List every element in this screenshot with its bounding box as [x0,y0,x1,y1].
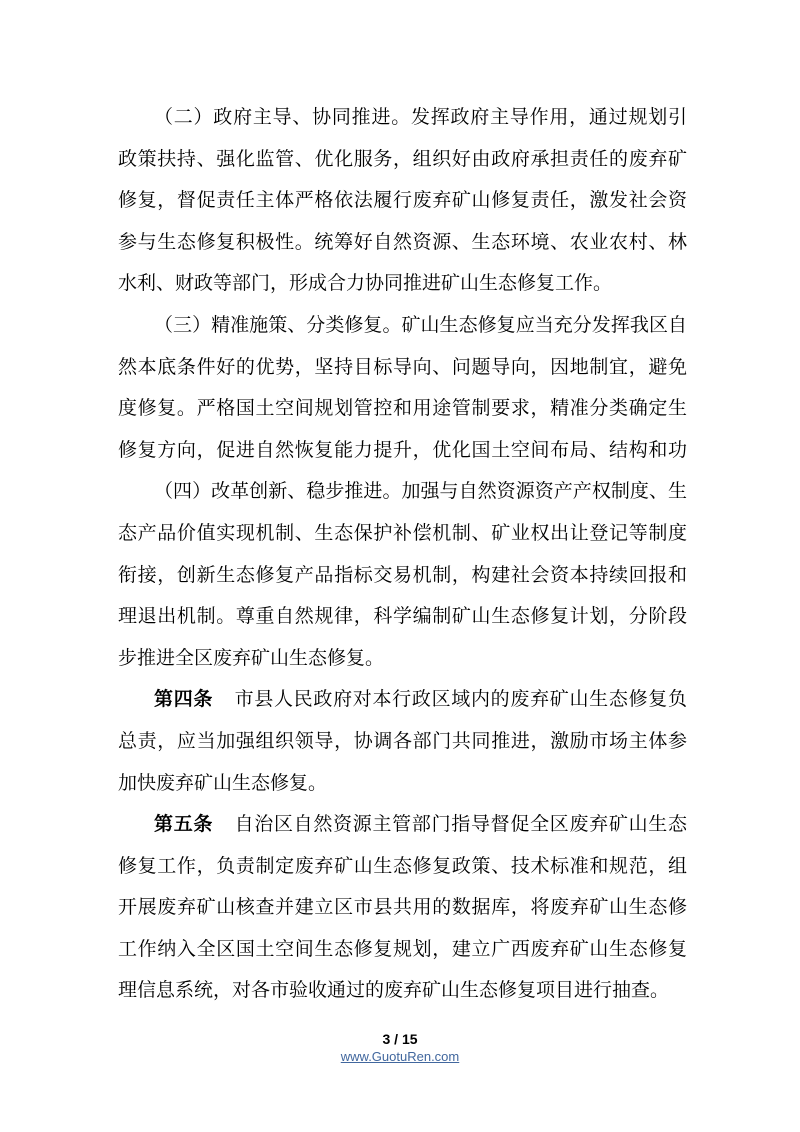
line-text: （四）改革创新、稳步推进。加强与自然资源资产产权制度、生 [154,481,687,502]
line-text: 衔接，创新生态修复产品指标交易机制，构建社会资本持续回报和合 [118,565,687,597]
text-line: 态产品价值实现机制、生态保护补偿机制、矿业权出让登记等制度的 [118,513,687,555]
page-number: 3 / 15 [0,1031,800,1048]
text-line: 修复方向，促进自然恢复能力提升，优化国土空间布局、结构和功能。 [118,430,687,472]
line-text: 开展废弃矿山核查并建立区市县共用的数据库，将废弃矿山生态修复 [118,897,687,929]
text-line: 理信息系统，对各市验收通过的废弃矿山生态修复项目进行抽查。 [118,970,687,1012]
text-line: 理退出机制。尊重自然规律，科学编制矿山生态修复计划，分阶段稳 [118,596,687,638]
text-line: 参与生态修复积极性。统筹好自然资源、生态环境、农业农村、林业、 [118,222,687,264]
text-line: 度修复。严格国土空间规划管控和用途管制要求，精准分类确定生态 [118,388,687,430]
line-text: 自治区自然资源主管部门指导督促全区废弃矿山生态 [235,814,687,835]
line-text: 修复，督促责任主体严格依法履行废弃矿山修复责任，激发社会资本 [118,190,687,222]
line-text: 参与生态修复积极性。统筹好自然资源、生态环境、农业农村、林业、 [118,232,687,264]
line-text: 工作纳入全区国土空间生态修复规划，建立广西废弃矿山生态修复管 [118,939,687,971]
text-line: （三）精准施策、分类修复。矿山生态修复应当充分发挥我区自 [118,305,687,347]
text-line: 步推进全区废弃矿山生态修复。 [118,638,687,680]
document-body: （二）政府主导、协同推进。发挥政府主导作用，通过规划引领、 政策扶持、强化监管、… [118,97,687,1012]
text-line: 开展废弃矿山核查并建立区市县共用的数据库，将废弃矿山生态修复 [118,887,687,929]
line-text: （三）精准施策、分类修复。矿山生态修复应当充分发挥我区自 [154,315,687,336]
article-number: 第四条 [154,689,213,710]
document-page: （二）政府主导、协同推进。发挥政府主导作用，通过规划引领、 政策扶持、强化监管、… [0,0,800,1132]
line-text: 总责，应当加强组织领导，协调各部门共同推进，激励市场主体参与， [118,731,687,763]
article-number: 第五条 [154,814,213,835]
line-text: 水利、财政等部门，形成合力协同推进矿山生态修复工作。 [118,273,612,294]
line-text: 修复方向，促进自然恢复能力提升，优化国土空间布局、结构和功能。 [118,440,687,472]
text-line: 工作纳入全区国土空间生态修复规划，建立广西废弃矿山生态修复管 [118,929,687,971]
page-footer: 3 / 15 www.GuotuRen.com [0,1031,800,1066]
line-text: 度修复。严格国土空间规划管控和用途管制要求，精准分类确定生态 [118,398,687,430]
line-text: 理退出机制。尊重自然规律，科学编制矿山生态修复计划，分阶段稳 [118,606,687,638]
line-text: 理信息系统，对各市验收通过的废弃矿山生态修复项目进行抽查。 [118,980,669,1001]
text-line: 加快废弃矿山生态修复。 [118,763,687,805]
text-line: （二）政府主导、协同推进。发挥政府主导作用，通过规划引领、 [118,97,687,139]
text-line: （四）改革创新、稳步推进。加强与自然资源资产产权制度、生 [118,471,687,513]
text-line: 总责，应当加强组织领导，协调各部门共同推进，激励市场主体参与， [118,721,687,763]
line-text: 加快废弃矿山生态修复。 [118,773,327,794]
text-line: 第四条 市县人民政府对本行政区域内的废弃矿山生态修复负 [118,679,687,721]
text-line: 修复，督促责任主体严格依法履行废弃矿山修复责任，激发社会资本 [118,180,687,222]
text-line: 水利、财政等部门，形成合力协同推进矿山生态修复工作。 [118,263,687,305]
text-line: 修复工作，负责制定废弃矿山生态修复政策、技术标准和规范，组织 [118,846,687,888]
text-line: 然本底条件好的优势，坚持目标导向、问题导向，因地制宜，避免过 [118,347,687,389]
line-text: 政策扶持、强化监管、优化服务，组织好由政府承担责任的废弃矿山 [118,149,687,181]
line-text: 修复工作，负责制定废弃矿山生态修复政策、技术标准和规范，组织 [118,856,687,888]
text-line: 政策扶持、强化监管、优化服务，组织好由政府承担责任的废弃矿山 [118,139,687,181]
line-text: 态产品价值实现机制、生态保护补偿机制、矿业权出让登记等制度的 [118,523,687,555]
line-text: 市县人民政府对本行政区域内的废弃矿山生态修复负 [235,689,687,710]
line-text: 步推进全区废弃矿山生态修复。 [118,648,384,669]
line-text: 然本底条件好的优势，坚持目标导向、问题导向，因地制宜，避免过 [118,357,687,389]
website-link[interactable]: www.GuotuRen.com [341,1049,460,1064]
line-text: （二）政府主导、协同推进。发挥政府主导作用，通过规划引领、 [118,107,687,139]
text-line: 第五条 自治区自然资源主管部门指导督促全区废弃矿山生态 [118,804,687,846]
text-line: 衔接，创新生态修复产品指标交易机制，构建社会资本持续回报和合 [118,555,687,597]
